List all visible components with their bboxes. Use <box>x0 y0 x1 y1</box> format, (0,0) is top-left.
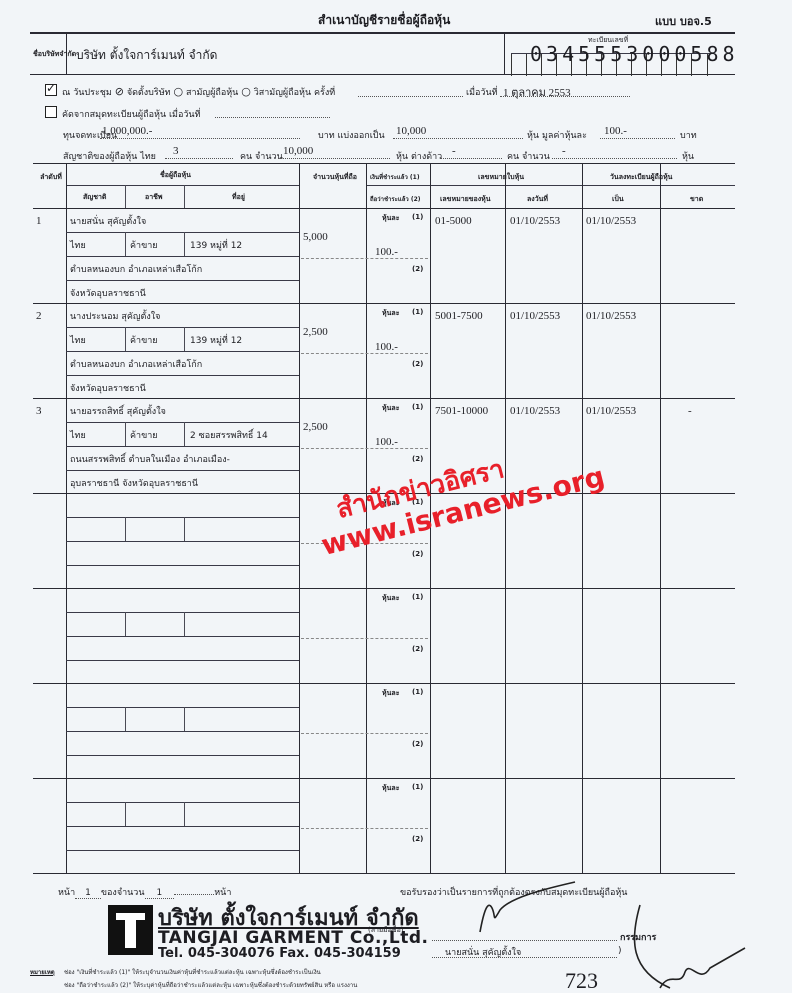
header-paid-money: เงินที่ชำระแล้ว (1) <box>370 172 420 182</box>
paid-per-share: 100.- <box>375 341 398 353</box>
reg-in-date: 01/10/2553 <box>586 405 636 417</box>
handwritten-mark-icon <box>630 900 750 993</box>
remark-1: ช่อง "เงินที่ชำระแล้ว (1)" ให้ระบุจำนวนเ… <box>64 967 321 977</box>
reg-in-date: 01/10/2553 <box>586 215 636 227</box>
meeting-date: 1 ตุลาคม 2553 <box>503 83 571 101</box>
foreign-share-count: - <box>562 145 566 157</box>
signature-icon <box>470 880 580 940</box>
row-seq: 1 <box>36 215 42 227</box>
holder-nationality: ไทย <box>70 428 86 442</box>
thai-share-count: 10,000 <box>283 145 313 157</box>
header-seq: ลำดับที่ <box>38 170 64 184</box>
cert-date: 01/10/2553 <box>510 310 560 322</box>
mark-1: (1) <box>412 783 423 791</box>
holder-address-3: จังหวัดอุบลราชธานี <box>70 381 146 395</box>
registration-number: 0345553000588 <box>530 42 739 66</box>
holder-name: นางประนอม สุคัญตั้งใจ <box>70 309 160 323</box>
per-share-label: หุ้นละ <box>382 308 399 319</box>
header-occupation: อาชีพ <box>145 192 163 203</box>
holder-address-3: อุบลราชธานี จังหวัดอุบลราชธานี <box>70 476 198 490</box>
header-holder: ชื่อผู้ถือหุ้น <box>160 170 191 181</box>
reg-out-date: - <box>688 405 692 417</box>
mark-2: (2) <box>412 835 423 843</box>
cert-number: 5001-7500 <box>435 310 483 322</box>
company-name: บริษัท ตั้งใจการ์เมนท์ จำกัด <box>76 46 217 65</box>
radio-selected-icon[interactable]: ⊘ <box>115 85 124 98</box>
holder-occupation: ค้าขาย <box>130 333 158 347</box>
holder-name: นายสนั่น สุคัญตั้งใจ <box>70 214 146 228</box>
holder-address-2: ถนนสรรพสิทธิ์ ตำบลในเมือง อำเภอเมือง- <box>70 452 230 466</box>
director-paren: ) <box>618 946 622 956</box>
holder-address-3: จังหวัดอุบลราชธานี <box>70 286 146 300</box>
radio-icon[interactable]: ○ <box>173 85 183 98</box>
mark-2: (2) <box>412 740 423 748</box>
paid-per-share: 100.- <box>375 246 398 258</box>
shares-held: 5,000 <box>303 231 328 243</box>
nationality-label: สัญชาติของผู้ถือหุ้น ไทย <box>63 149 156 163</box>
shares-label: หุ้น <box>682 149 694 163</box>
foreign-holder-count: - <box>452 145 456 157</box>
baht-label: บาท <box>680 128 697 142</box>
mark-1: (1) <box>412 308 423 316</box>
shares-held: 2,500 <box>303 421 328 433</box>
per-share-label: หุ้นละ <box>382 593 399 604</box>
header-cert-date: ลงวันที่ <box>527 194 548 205</box>
remark-label: หมายเหตุ <box>30 967 55 977</box>
header-reg-out: ขาด <box>690 194 703 205</box>
thai-holder-count: 3 <box>173 145 179 157</box>
holder-address-1: 2 ซอยสรรพสิทธิ์ 14 <box>190 428 268 442</box>
company-label: ชื่อบริษัทจำกัด <box>33 49 76 60</box>
date-label: เมื่อวันที่ <box>466 85 498 99</box>
mark-1: (1) <box>412 593 423 601</box>
check-icon: ✓ <box>46 81 56 95</box>
option-ordinary: สามัญผู้ถือหุ้น <box>186 88 238 98</box>
page-number: 1 <box>75 888 101 899</box>
meeting-line: ณ วันประชุม ⊘ จัดตั้งบริษัท ○ สามัญผู้ถื… <box>62 85 335 99</box>
page-indicator: หน้า1ของจำนวน1หน้า <box>58 885 231 899</box>
par-value: 100.- <box>604 125 627 137</box>
per-share-label: หุ้นละ <box>382 213 399 224</box>
page-suffix: หน้า <box>214 888 231 898</box>
holder-name: นายอรรถสิทธิ์ สุคัญตั้งใจ <box>70 404 166 418</box>
meeting-label: ณ วันประชุม <box>62 88 112 98</box>
mark-1: (1) <box>412 688 423 696</box>
header-cert-number: เลขหมายของหุ้น <box>440 194 491 205</box>
header-shares-held: จำนวนหุ้นที่ถือ <box>308 170 362 184</box>
copy-label: คัดจากสมุดทะเบียนผู้ถือหุ้น เมื่อวันที่ <box>62 107 201 121</box>
mark-2: (2) <box>412 645 423 653</box>
cert-number: 01-5000 <box>435 215 472 227</box>
registered-capital: 1,000,000.- <box>102 125 152 137</box>
holder-occupation: ค้าขาย <box>130 428 158 442</box>
header-paid-deemed: ถือว่าชำระแล้ว (2) <box>370 194 421 204</box>
header-cert-group: เลขหมายใบหุ้น <box>478 172 524 183</box>
meeting-checkbox[interactable]: ✓ <box>45 84 57 96</box>
page-label: หน้า <box>58 888 75 898</box>
mark-2: (2) <box>412 455 423 463</box>
holder-occupation: ค้าขาย <box>130 238 158 252</box>
per-share-label: หุ้นละ <box>382 403 399 414</box>
mark-1: (1) <box>412 213 423 221</box>
row-seq: 2 <box>36 310 42 322</box>
foreign-label: หุ้น ต่างด้าว <box>396 149 442 163</box>
holder-nationality: ไทย <box>70 333 86 347</box>
mark-2: (2) <box>412 550 423 558</box>
cert-number: 7501-10000 <box>435 405 488 417</box>
stamp-note: (ลายมือชื่อ) <box>368 925 404 936</box>
cert-date: 01/10/2553 <box>510 215 560 227</box>
share-count: 10,000 <box>396 125 426 137</box>
holder-address-2: ตำบลหนองบก อำเภอเหล่าเสือโก้ก <box>70 262 202 276</box>
foreign-shares-label: คน จำนวน <box>507 149 550 163</box>
holder-address-1: 139 หมู่ที่ 12 <box>190 238 242 252</box>
company-stamp-tel: Tel. 045-304076 Fax. 045-304159 <box>158 946 401 961</box>
holder-nationality: ไทย <box>70 238 86 252</box>
radio-icon[interactable]: ○ <box>241 85 251 98</box>
header-nationality: สัญชาติ <box>83 192 106 203</box>
form-title: สำเนาบัญชีรายชื่อผู้ถือหุ้น <box>318 11 450 30</box>
company-logo <box>108 905 153 955</box>
row-seq: 3 <box>36 405 42 417</box>
reg-in-date: 01/10/2553 <box>586 310 636 322</box>
per-share-label: หุ้นละ <box>382 783 399 794</box>
per-share-label: หุ้นละ <box>382 688 399 699</box>
mark-2: (2) <box>412 360 423 368</box>
header-reg-in: เป็น <box>612 194 624 205</box>
header-reg-group: วันลงทะเบียนผู้ถือหุ้น <box>610 172 672 183</box>
holder-address-1: 139 หมู่ที่ 12 <box>190 333 242 347</box>
option-extraordinary: วิสามัญผู้ถือหุ้น ครั้งที่ <box>254 88 335 98</box>
total-pages: 1 <box>145 888 175 899</box>
cert-date: 01/10/2553 <box>510 405 560 417</box>
option-incorporation: จัดตั้งบริษัท <box>127 88 171 98</box>
handwritten-number: 723 <box>565 968 598 993</box>
persons-count-label: คน จำนวน <box>240 149 283 163</box>
par-label: หุ้น มูลค่าหุ้นละ <box>527 128 587 142</box>
mark-1: (1) <box>412 403 423 411</box>
copy-checkbox[interactable] <box>45 106 57 118</box>
form-code: แบบ บอจ.5 <box>655 12 712 30</box>
shares-held: 2,500 <box>303 326 328 338</box>
holder-address-2: ตำบลหนองบก อำเภอเหล่าเสือโก้ก <box>70 357 202 371</box>
header-address: ที่อยู่ <box>232 192 245 203</box>
baht-divided-label: บาท แบ่งออกเป็น <box>318 128 385 142</box>
of-label: ของจำนวน <box>101 888 145 898</box>
paid-per-share: 100.- <box>375 436 398 448</box>
mark-2: (2) <box>412 265 423 273</box>
remark-2: ช่อง "ถือว่าชำระแล้ว (2)" ให้ระบุค่าหุ้น… <box>64 980 357 990</box>
